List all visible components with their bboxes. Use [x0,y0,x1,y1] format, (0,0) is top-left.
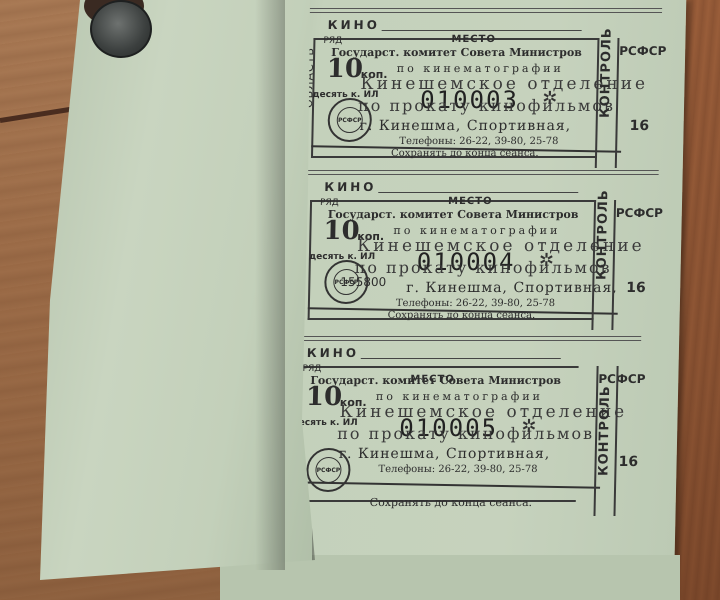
republic-label: РСФСР [616,206,663,220]
kino-underline [382,30,582,31]
fold-shadow [255,0,285,570]
seat-label: МЕСТО [451,34,496,45]
ticket-top-rule [302,12,662,13]
row-label: РЯД [320,198,339,208]
ticket-top-rule [299,174,659,175]
ticket-top-rule [302,8,662,9]
house-number: 16 [626,280,646,296]
address-line: г. Кинешма, Спортивная, [406,280,618,296]
phone-numbers: Телефоны: 26-22, 39-80, 25-78 [396,298,555,309]
control-label: КОНТРОЛЬ [594,189,611,280]
ticket-3: КИНО РЯД МЕСТО Государст. комитет Совета… [278,336,641,502]
house-number: 16 [618,454,638,470]
republic-label: РСФСР [619,44,666,58]
address-line: г. Кинешма, Спортивная, [339,446,551,462]
table-plank-seam [0,106,79,123]
keep-notice: Сохранять до конца сеанса. [370,496,533,509]
ticket-top-rule [299,170,659,171]
kino-label: КИНО [307,346,359,360]
kino-underline [378,192,578,193]
ticket-1: КИНО РЯД МЕСТО Государст. комитет Совета… [299,8,662,174]
address-line: г. Кинешма, Спортивная, [359,118,571,134]
control-label: КОНТРОЛЬ [596,385,613,476]
stamp-center: РСФСР [336,107,363,133]
kino-label: КИНО [328,18,380,32]
seat-label: МЕСТО [448,196,493,207]
ticket-top-rule [281,336,641,337]
control-label: КОНТРОЛЬ [598,27,615,118]
house-number: 16 [629,118,649,134]
ticket-price: 10 [306,384,343,410]
ticket-price: 10 [323,218,360,244]
ticket-top-rule [281,340,641,341]
kino-underline [361,358,561,359]
issuer-line: Государст. комитет Совета Министров [328,208,579,221]
stamp-center: РСФСР [333,269,360,295]
phone-numbers: Телефоны: 26-22, 39-80, 25-78 [378,464,537,475]
kino-label: КИНО [324,180,376,194]
issuer-line: Государст. комитет Совета Министров [331,46,582,59]
ticket-price: 10 [327,56,364,82]
row-label: РЯД [302,364,321,374]
row-label: РЯД [323,36,342,46]
ticket-2: КИНО РЯД МЕСТО Государст. комитет Совета… [295,170,658,336]
branch-line-2: по прокату кинофильмов [358,96,615,115]
stamp-center: РСФСР [315,457,342,483]
coin-icon [90,0,152,58]
branch-line-2: по прокату кинофильмов [354,258,611,277]
phone-numbers: Телефоны: 26-22, 39-80, 25-78 [399,136,558,147]
ticket-booklet-page: КИНО РЯД МЕСТО Государст. комитет Совета… [276,0,687,600]
branch-line-2: по прокату кинофильмов [337,424,594,443]
issuer-line: Государст. комитет Совета Министров [310,374,561,387]
